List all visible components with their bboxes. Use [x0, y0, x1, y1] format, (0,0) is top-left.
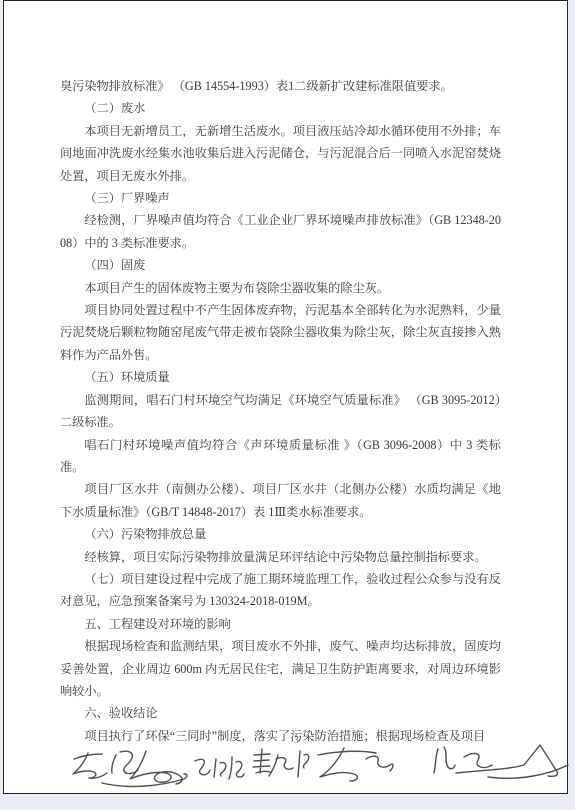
heading: 六、验收结论 [60, 702, 501, 724]
scan-background: 臭污染物排放标准》 （GB 14554-1993）表1二级新扩改建标准限值要求。… [0, 0, 575, 810]
paragraph: 臭污染物排放标准》 （GB 14554-1993）表1二级新扩改建标准限值要求。 [60, 75, 501, 97]
heading: 五、工程建设对环境的影响 [60, 613, 501, 635]
paragraph: 经核算，项目实际污染物排放量满足环评结论中污染物总量控制指标要求。 [60, 546, 501, 568]
signature-1 [73, 751, 187, 786]
paragraph: 唱石门村环境噪声值均符合《声环境质量标准 》（GB 3096-2008）中 3 … [60, 434, 501, 479]
paragraph: 项目厂区水井（南侧办公楼）、项目厂区水井（北侧办公楼）水质均满足《地下水质量标准… [60, 478, 501, 523]
paragraph: 本项目无新增员工，无新增生活废水。项目液压站冷却水循环使用不外排；车间地面冲洗废… [60, 120, 501, 187]
heading: （二）废水 [60, 97, 501, 119]
heading: （四）固废 [60, 254, 501, 276]
paragraph: 项目协同处置过程中不产生固体废弃物，污泥基本全部转化为水泥熟料，少量污泥焚烧后颗… [60, 299, 501, 366]
signature-strip [4, 733, 569, 795]
signature-5 [434, 745, 568, 778]
paragraph: 根据现场检查和监测结果，项目废水不外排，废气、噪声均达标排放，固废均妥善处置，企… [60, 635, 501, 702]
document-page: 臭污染物排放标准》 （GB 14554-1993）表1二级新扩改建标准限值要求。… [3, 0, 568, 794]
paragraph: 监测期间，唱石门村环境空气均满足《环境空气质量标准》 （GB 3095-2012… [60, 389, 501, 434]
heading: （五）环境质量 [60, 366, 501, 388]
signature-3 [253, 749, 309, 777]
signature-4 [318, 748, 393, 781]
paragraph: 经检测，厂界噪声值均符合《工业企业厂界环境噪声排放标准》（GB 12348-20… [60, 209, 501, 254]
heading: （三）厂界噪声 [60, 187, 501, 209]
paragraph: 本项目产生的固体废物主要为布袋除尘器收集的除尘灰。 [60, 277, 501, 299]
document-body: 臭污染物排放标准》 （GB 14554-1993）表1二级新扩改建标准限值要求。… [60, 75, 501, 747]
heading: （六）污染物排放总量 [60, 523, 501, 545]
paragraph: （七）项目建设过程中完成了施工期环境监理工作，验收过程公众参与没有反对意见，应急… [60, 568, 501, 613]
signature-2 [195, 757, 244, 779]
